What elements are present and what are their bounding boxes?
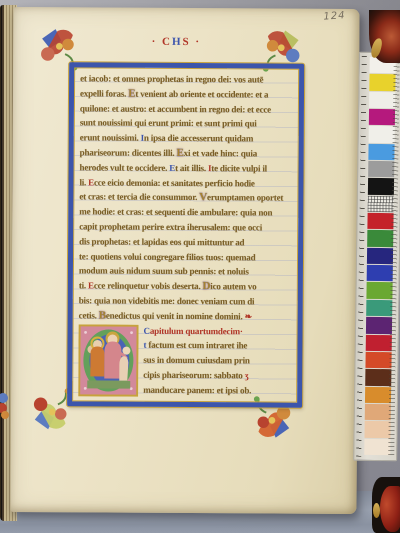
color-patch — [368, 196, 394, 213]
color-patch — [366, 282, 392, 299]
color-patch — [369, 126, 395, 143]
color-patch — [369, 92, 395, 109]
color-patch — [365, 404, 391, 421]
color-calibration-bar — [364, 57, 396, 455]
color-patch — [366, 317, 392, 334]
gutter-ornament-fragment-icon — [0, 390, 11, 420]
color-patch — [369, 74, 395, 91]
color-patch — [368, 161, 394, 178]
color-patch — [364, 438, 390, 455]
text-line: cetis. Benedictus qui venit in nomine do… — [79, 308, 294, 324]
color-patch — [367, 265, 393, 282]
text-line: cipis phariseorum: sabbato ʒ — [143, 368, 293, 384]
text-line: capit prophetam perire extra iherusalem:… — [79, 219, 294, 235]
text-line: erunt nouissimi. In ipsa die accesserunt… — [80, 131, 295, 147]
color-patch — [367, 248, 393, 265]
text-block-frame: et iacob: et omnes prophetas in regno de… — [67, 62, 304, 407]
text-line: sus in domum cuiusdam prin — [143, 353, 293, 369]
manuscript-page: 124 · CHS · et iacob: et — [10, 7, 359, 514]
historiated-initial-miniature — [78, 324, 138, 396]
text-line: quilone: et austro: et accumbent in regn… — [80, 101, 295, 117]
running-header: · CHS · — [134, 36, 218, 49]
text-line: li. Ecce eicio demonia: et sanitates per… — [79, 175, 294, 191]
color-patch — [368, 144, 394, 161]
color-patch — [365, 386, 391, 403]
red-leather-edge-top-right — [369, 10, 400, 63]
color-patch — [368, 178, 394, 195]
text-line: bis: quia non videbitis me: donec veniam… — [79, 293, 294, 309]
text-line: sunt nouissimi qui erunt primi: et sunt … — [80, 116, 295, 132]
text-line: phariseorum: dicentes illi. Exi et vade … — [80, 145, 295, 161]
color-patch — [369, 109, 395, 126]
text-line: me hodie: et cras: et sequenti die ambul… — [79, 205, 294, 221]
color-patch — [367, 213, 393, 230]
text-line: te: quotiens volui congregare filios tuo… — [79, 249, 294, 265]
text-line: herodes vult te occidere. Et ait illis. … — [80, 160, 295, 176]
text-line: dis prophetas: et lapidas eos qui mittun… — [79, 234, 294, 250]
chapter-text: Capitulum quartumdecim· t factum est cum… — [143, 323, 293, 398]
red-leather-edge-bottom-right — [372, 477, 400, 533]
text-line: t factum est cum intraret ihe — [143, 338, 293, 354]
color-patch — [365, 369, 391, 386]
color-patch — [366, 334, 392, 351]
text-line: expelli foras. Et venient ab oriente et … — [80, 86, 295, 102]
color-patch — [365, 352, 391, 369]
color-patch — [367, 230, 393, 247]
color-patch — [366, 300, 392, 317]
text-line: modum auis nidum suum sub pennis: et nol… — [79, 264, 294, 280]
color-calibration-ruler — [353, 52, 400, 462]
chapter-opening: Capitulum quartumdecim· t factum est cum… — [78, 323, 293, 398]
folio-number: 124 — [323, 10, 346, 22]
text-line: manducare panem: et ipsi ob. — [143, 382, 293, 398]
text-line: et cras: et tercia die consummor. Verump… — [79, 190, 294, 206]
color-patch — [364, 421, 390, 438]
rubric-line: Capitulum quartumdecim· — [144, 323, 294, 339]
text-line: et iacob: et omnes prophetas in regno de… — [80, 71, 295, 87]
text-line: ti. Ecce relinquetur vobis deserta. Dico… — [79, 279, 294, 295]
